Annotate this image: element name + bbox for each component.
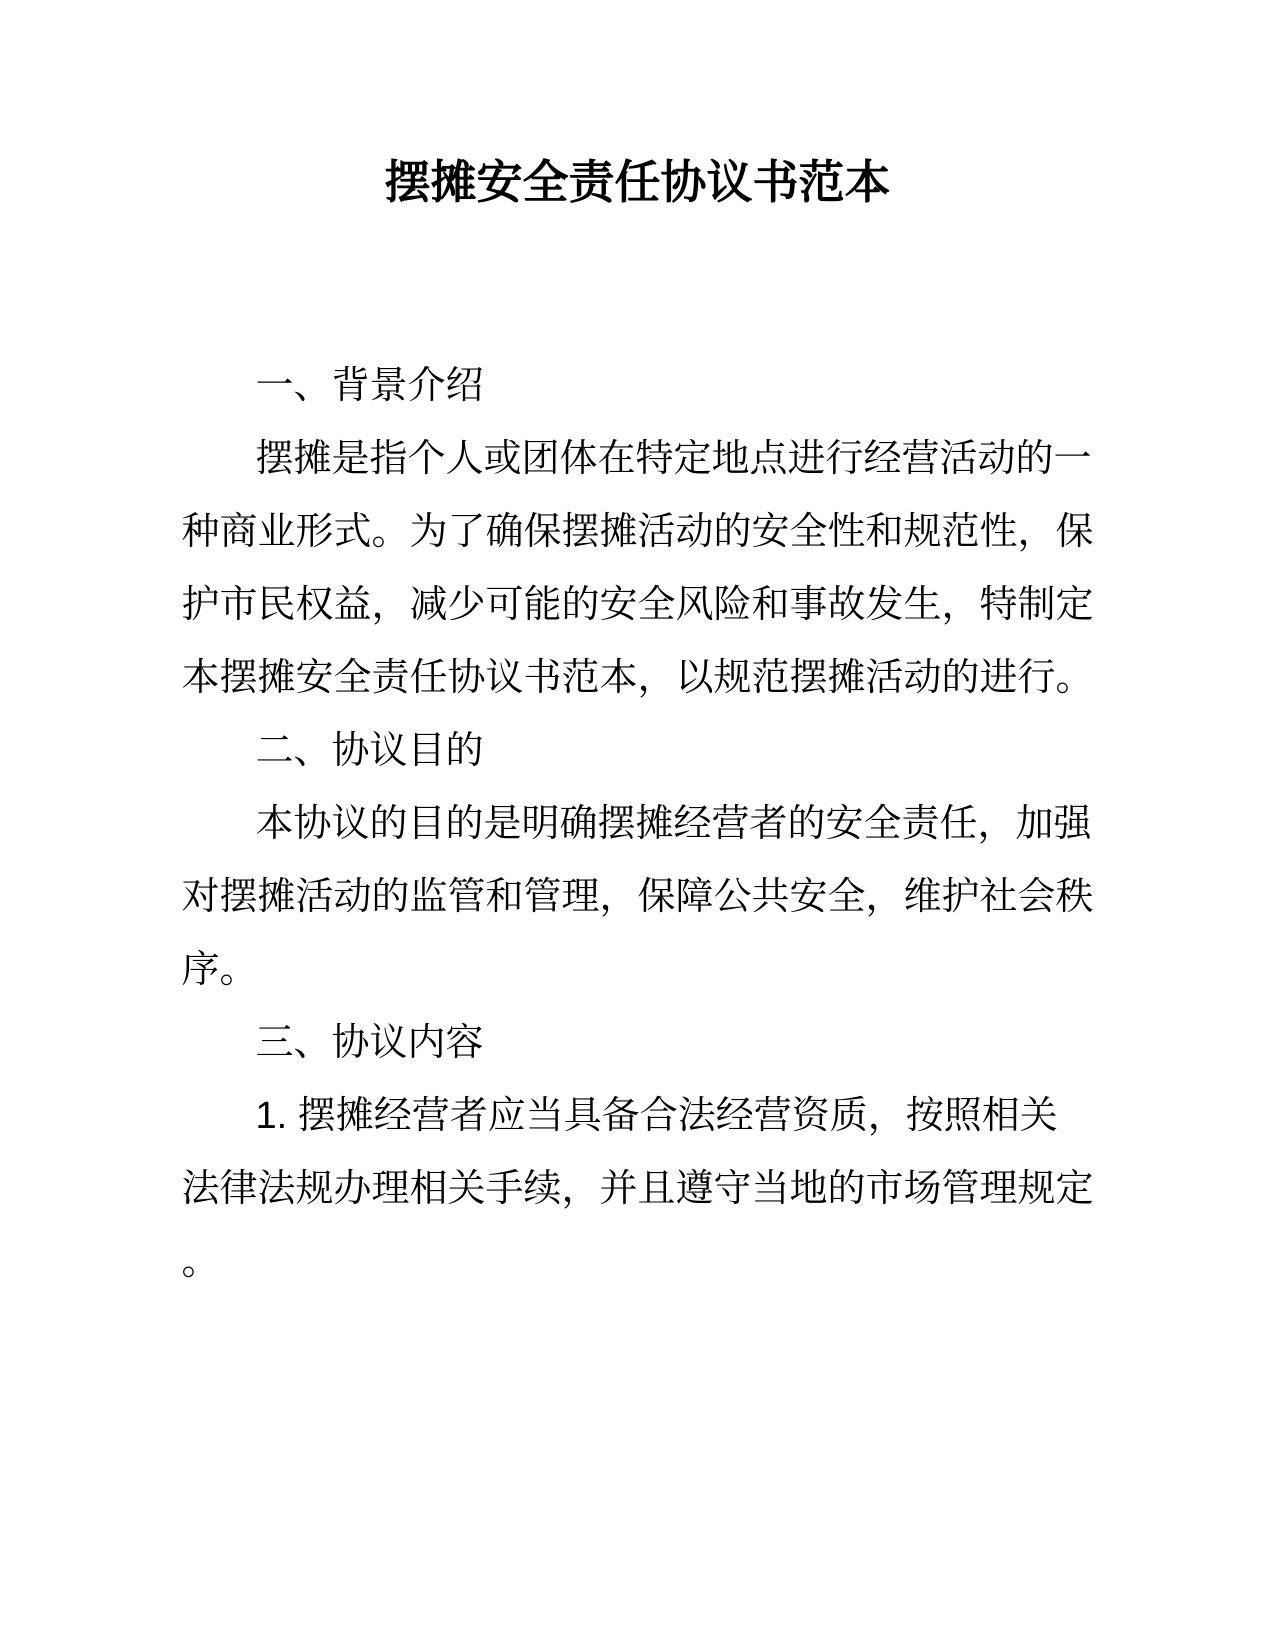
- section-content-paragraph: 1. 摆摊经营者应当具备合法经营资质，按照相关 法律法规办理相关手续，并且遵守当…: [182, 1080, 1094, 1299]
- section-heading-purpose: 二、协议目的: [182, 715, 1094, 788]
- document-page: 摆摊安全责任协议书范本 一、背景介绍 摆摊是指个人或团体在特定地点进行经营活动的…: [0, 0, 1275, 1650]
- paragraph-line: 法律法规办理相关手续，并且遵守当地的市场管理规定: [182, 1153, 1094, 1226]
- paragraph-line: 对摆摊活动的监管和管理，保障公共安全，维护社会秩: [182, 861, 1094, 934]
- paragraph-line: 护市民权益，减少可能的安全风险和事故发生，特制定: [182, 569, 1094, 642]
- section-background-paragraph: 摆摊是指个人或团体在特定地点进行经营活动的一 种商业形式。为了确保摆摊活动的安全…: [182, 423, 1094, 715]
- document-title: 摆摊安全责任协议书范本: [0, 150, 1275, 214]
- paragraph-line: 摆摊是指个人或团体在特定地点进行经营活动的一: [182, 423, 1094, 496]
- paragraph-line: 种商业形式。为了确保摆摊活动的安全性和规范性，保: [182, 496, 1094, 569]
- section-heading-content: 三、协议内容: [182, 1007, 1094, 1080]
- paragraph-line: 1. 摆摊经营者应当具备合法经营资质，按照相关: [182, 1080, 1094, 1153]
- document-body: 一、背景介绍 摆摊是指个人或团体在特定地点进行经营活动的一 种商业形式。为了确保…: [182, 350, 1094, 1299]
- section-heading-background: 一、背景介绍: [182, 350, 1094, 423]
- paragraph-line: 本摆摊安全责任协议书范本，以规范摆摊活动的进行。: [182, 642, 1094, 715]
- section-purpose-paragraph: 本协议的目的是明确摆摊经营者的安全责任，加强 对摆摊活动的监管和管理，保障公共安…: [182, 788, 1094, 1007]
- paragraph-line: 本协议的目的是明确摆摊经营者的安全责任，加强: [182, 788, 1094, 861]
- paragraph-line: 。: [182, 1226, 1094, 1299]
- paragraph-line: 序。: [182, 934, 1094, 1007]
